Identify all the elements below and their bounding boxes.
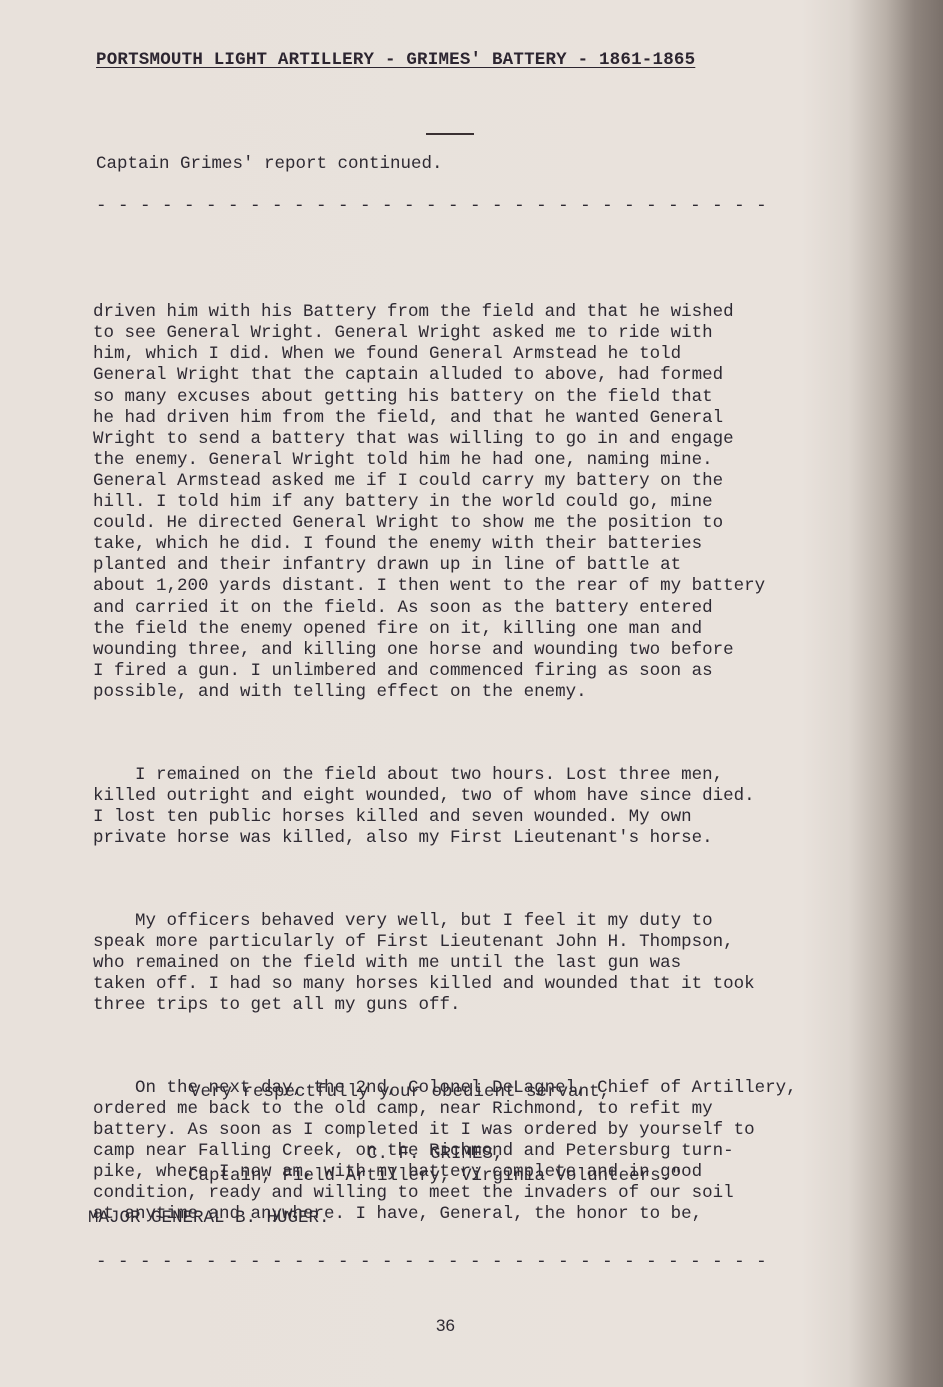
closing-signoff: Very respectfully your obedient servant, [190, 1082, 610, 1102]
subheading: Captain Grimes' report continued. [96, 154, 443, 174]
running-header: PORTSMOUTH LIGHT ARTILLERY - GRIMES' BAT… [96, 50, 695, 70]
paragraph: driven him with his Battery from the fie… [93, 302, 893, 703]
paragraph: My officers behaved very well, but I fee… [93, 911, 893, 1016]
page-number: 36 [436, 1316, 455, 1336]
dashed-separator-bottom: - - - - - - - - - - - - - - - - - - - - … [96, 1252, 767, 1272]
addressee: MAJOR GENERAL B. HUGER. [88, 1208, 330, 1228]
dashed-separator-top: - - - - - - - - - - - - - - - - - - - - … [96, 196, 767, 216]
signature-name: C. F. GRIMES, [367, 1144, 504, 1164]
paragraph: I remained on the field about two hours.… [93, 765, 893, 849]
signature-title: Captain, Field Artillery, Virginia Volun… [188, 1166, 682, 1186]
document-page: PORTSMOUTH LIGHT ARTILLERY - GRIMES' BAT… [0, 0, 943, 1387]
section-rule [426, 133, 474, 135]
report-body: driven him with his Battery from the fie… [93, 260, 893, 1287]
